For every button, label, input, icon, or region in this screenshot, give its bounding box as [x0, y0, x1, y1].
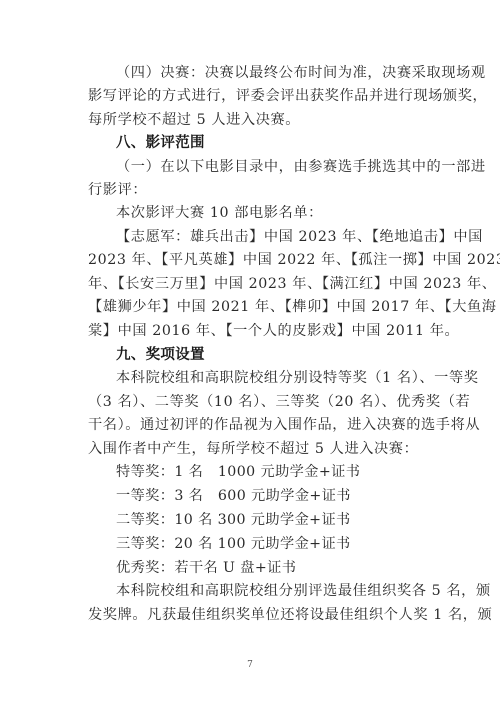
film-list-intro: 本次影评大赛 10 部电影名单： [116, 204, 422, 222]
final-round-line-2: 影写评论的方式进行，评委会评出获奖作品并进行现场颁奖， [88, 87, 422, 105]
final-round-line-3: 每所学校不超过 5 人进入决赛。 [88, 111, 422, 129]
prize-grand: 特等奖：1 名 1000 元助学金+证书 [116, 463, 450, 481]
film-list-line-3: 年、【长安三万里】中国 2023 年、【满江红】中国 2023 年、 [88, 275, 422, 293]
film-list-line-5: 棠】中国 2016 年、【一个人的皮影戏】中国 2011 年。 [88, 322, 422, 340]
film-list-line-4: 【雄狮少年】中国 2021 年、【榫卯】中国 2017 年、【大鱼海 [88, 298, 422, 316]
awards-intro-line-2: （3 名）、二等奖（10 名）、三等奖（20 名）、优秀奖（若 [88, 393, 422, 411]
prize-excellence: 优秀奖：若干名 U 盘+证书 [116, 559, 450, 577]
prize-first: 一等奖：3 名 600 元助学金+证书 [116, 487, 450, 505]
section-8-heading: 八、影评范围 [116, 134, 422, 152]
section-8-item-1-line-1: （一）在以下电影目录中，由参赛选手挑选其中的一部进 [116, 158, 422, 176]
prize-second: 二等奖：10 名 300 元助学金+证书 [116, 511, 450, 529]
organization-award-line-2: 发奖牌。凡获最佳组织奖单位还将设最佳组织个人奖 1 名，颁 [88, 606, 422, 624]
film-list-line-2: 2023 年、【平凡英雄】中国 2022 年、【孤注一掷】中国 2023 [88, 251, 422, 269]
organization-award-line-1: 本科院校组和高职院校组分别评选最佳组织奖各 5 名，颁 [116, 582, 422, 600]
section-8-item-1-line-2: 行影评： [88, 181, 422, 199]
prize-third: 三等奖：20 名 100 元助学金+证书 [116, 535, 450, 553]
awards-intro-line-4: 入围作者中产生，每所学校不超过 5 人进入决赛： [88, 440, 422, 458]
awards-intro-line-3: 干名）。通过初评的作品视为入围作品，进入决赛的选手将从 [88, 416, 422, 434]
document-page: （四）决赛：决赛以最终公布时间为准，决赛采取现场观 影写评论的方式进行，评委会评… [0, 0, 500, 707]
page-number: 7 [0, 660, 500, 670]
awards-intro-line-1: 本科院校组和高职院校组分别设特等奖（1 名）、一等奖 [116, 369, 422, 387]
final-round-line-1: （四）决赛：决赛以最终公布时间为准，决赛采取现场观 [116, 64, 422, 82]
film-list-line-1: 【志愿军：雄兵出击】中国 2023 年、【绝地追击】中国 [116, 228, 422, 246]
section-9-heading: 九、奖项设置 [116, 346, 422, 364]
